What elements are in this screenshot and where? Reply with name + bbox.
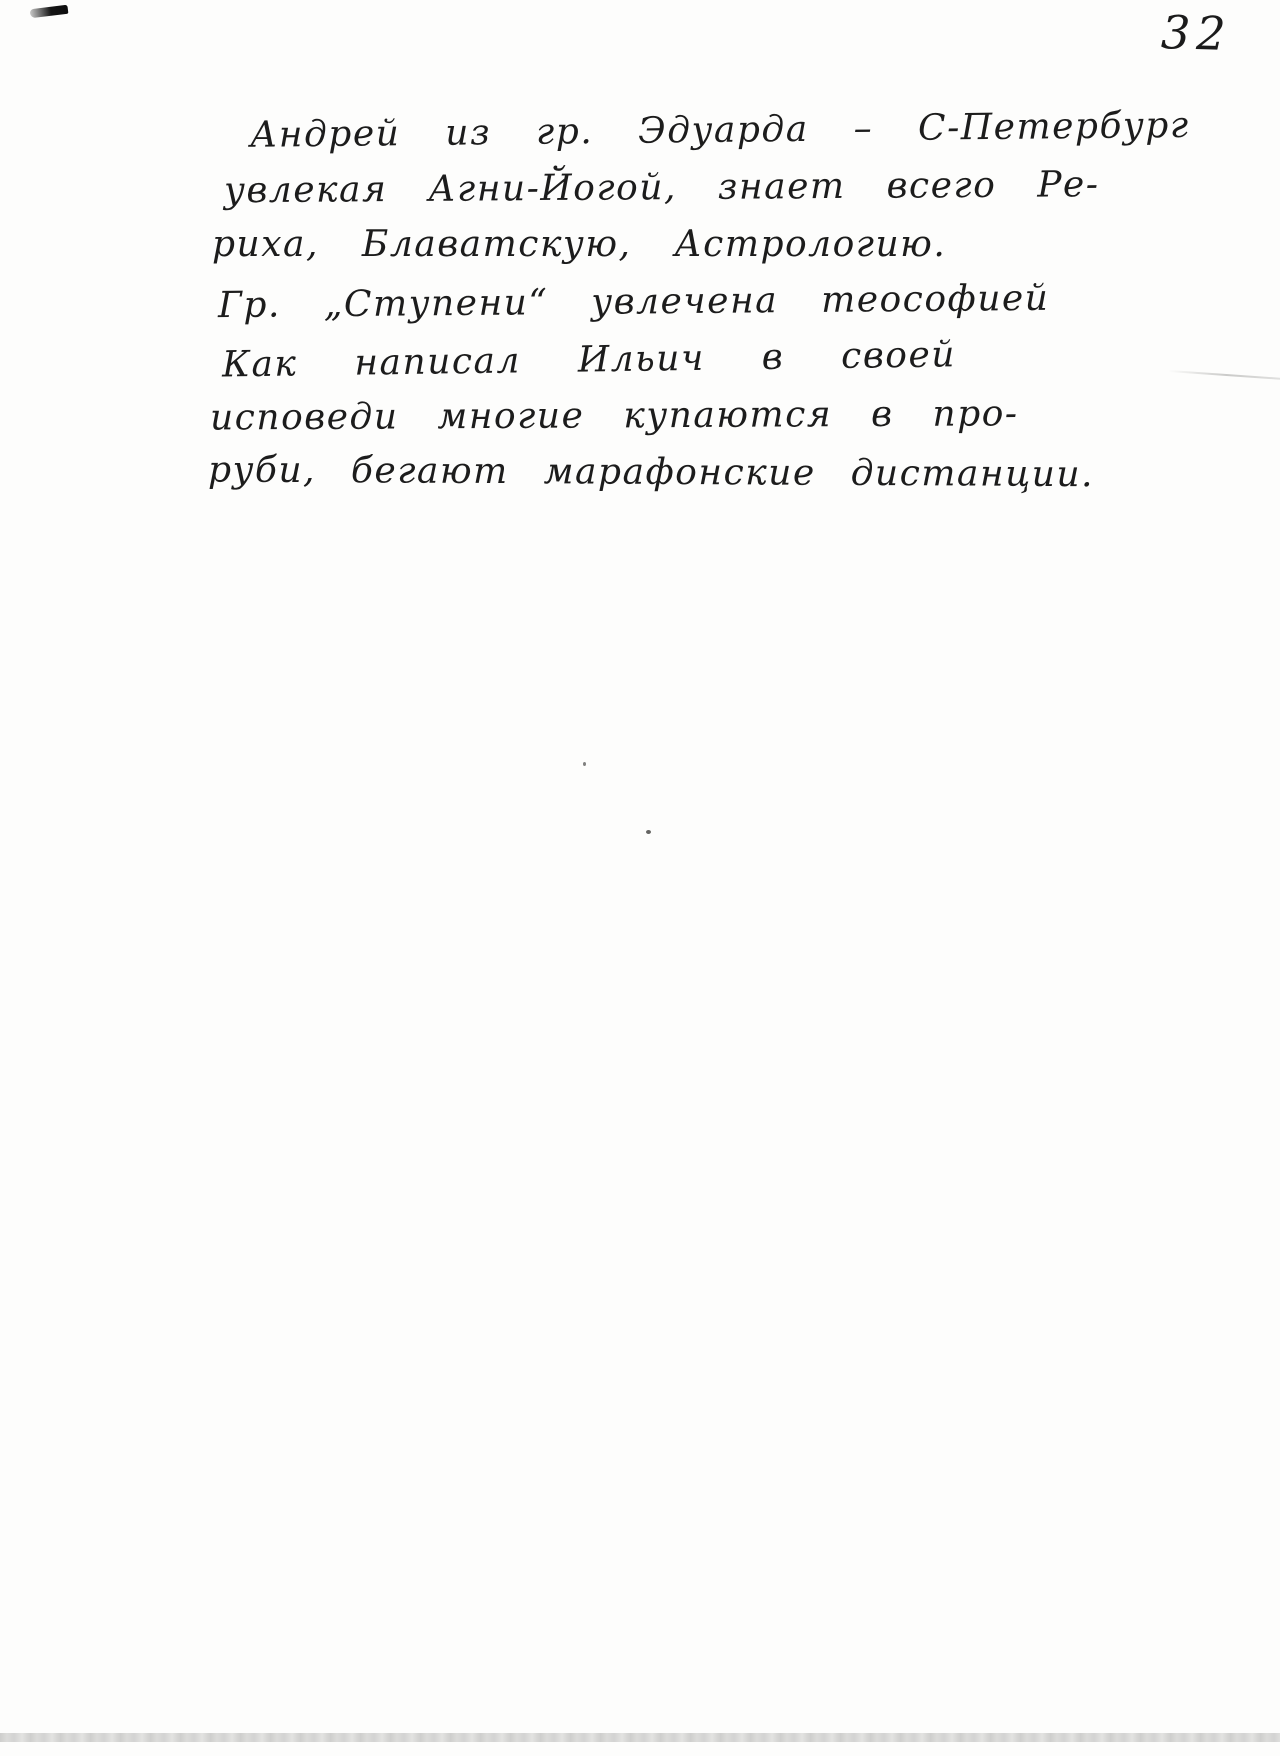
handwriting-line-6: исповеди многие купаются в про- — [210, 385, 1158, 447]
handwritten-note: Андрей из гр. Эдуарда – С-Петербург увле… — [208, 102, 1158, 501]
paper-speck — [646, 830, 651, 834]
scanned-document-page: 32 Андрей из гр. Эдуарда – С-Петербург у… — [0, 0, 1280, 1756]
handwriting-line-1: Андрей из гр. Эдуарда – С-Петербург — [250, 97, 1159, 164]
ink-smudge-mark — [30, 5, 69, 19]
page-number: 32 — [1161, 5, 1233, 61]
pencil-scratch-mark — [1168, 370, 1280, 380]
handwriting-line-7: руби, бегают марафонские дистанции. — [208, 442, 1158, 504]
handwriting-line-2: увлекая Агни-Йогой, знает всего Ре- — [224, 156, 1158, 220]
handwriting-line-4: Гр. „Ступени“ увлечена теософией — [218, 269, 1158, 334]
handwriting-line-3: риха, Блаватскую, Астрологию. — [212, 216, 1158, 273]
handwriting-line-5: Как написал Ильич в своей — [222, 323, 1159, 393]
scanner-edge-band — [0, 1733, 1280, 1742]
paper-speck — [583, 762, 586, 766]
